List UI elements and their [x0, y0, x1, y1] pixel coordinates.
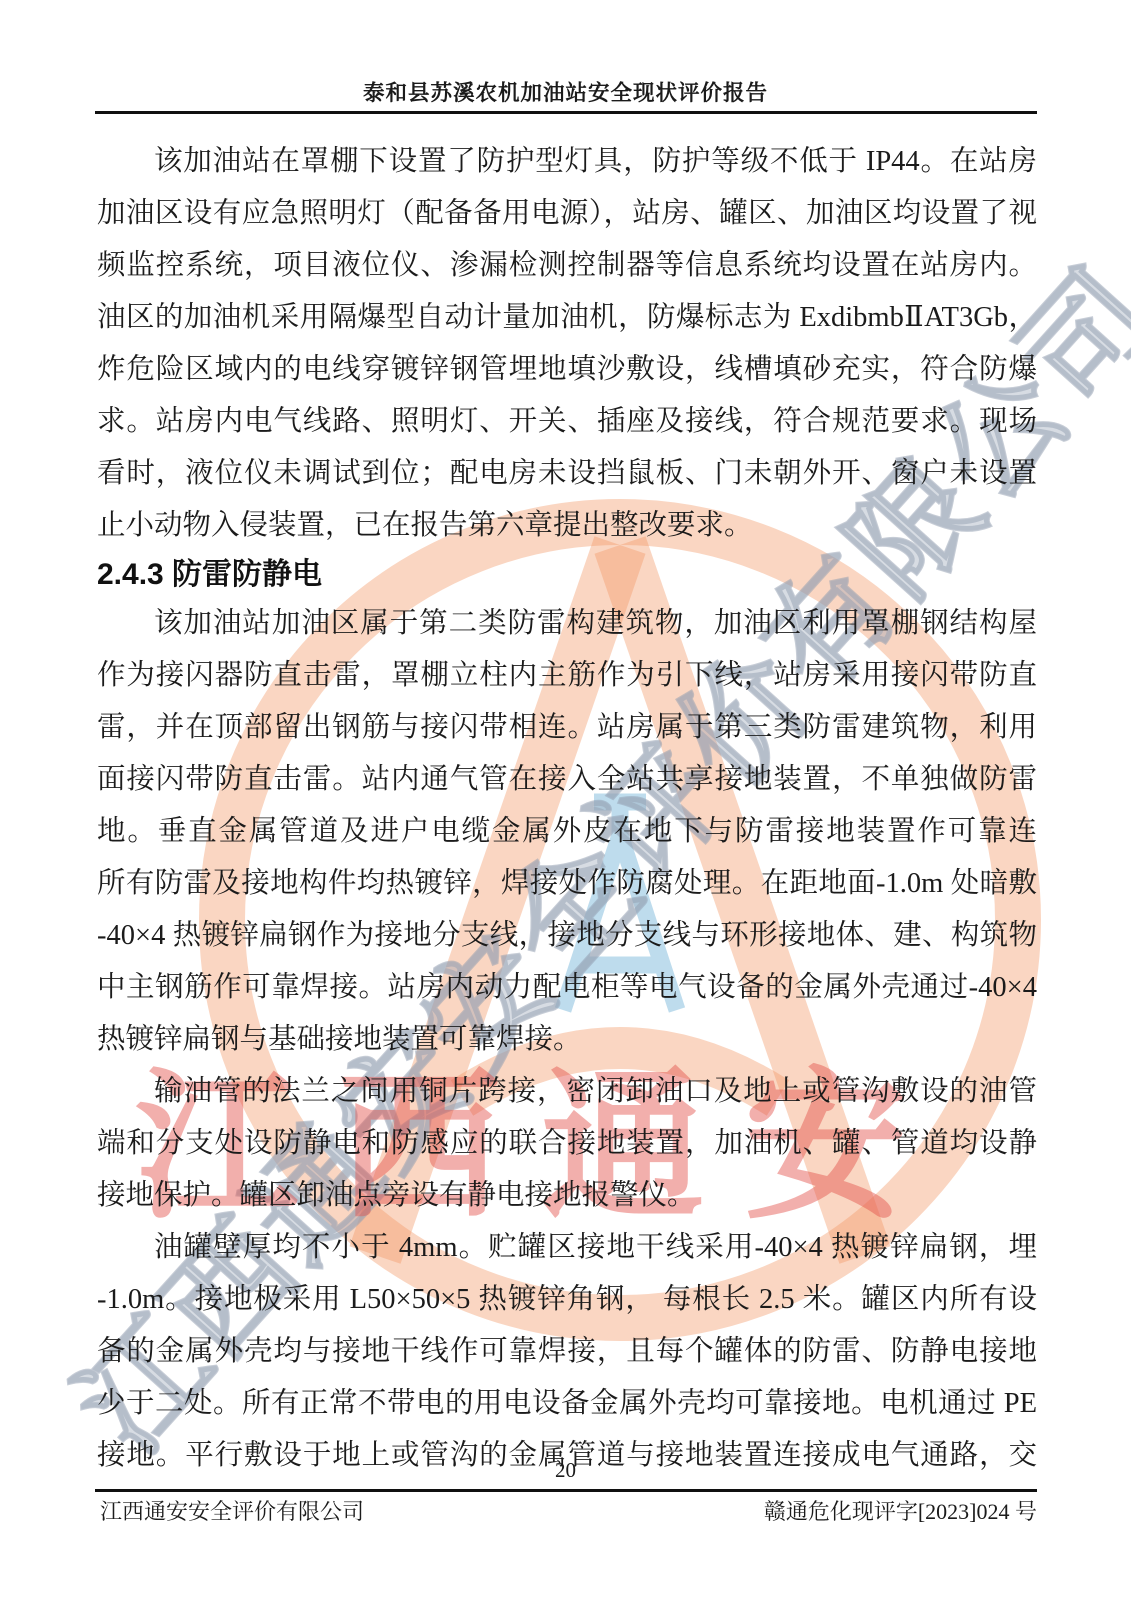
body-line: 炸危险区域内的电线穿镀锌钢管埋地填沙敷设，线槽填砂充实，符合防爆要: [97, 344, 1037, 396]
footer-company-name: 江西通安安全评价有限公司: [100, 1497, 364, 1527]
body-line: 止小动物入侵装置，已在报告第六章提出整改要求。: [97, 500, 1037, 552]
body-line: 油区的加油机采用隔爆型自动计量加油机，防爆标志为 ExdibmbⅡAT3Gb，爆: [97, 292, 1037, 344]
body-line: 频监控系统，项目液位仪、渗漏检测控制器等信息系统均设置在站房内。加: [97, 240, 1037, 292]
body-line: 地。垂直金属管道及进户电缆金属外皮在地下与防雷接地装置作可靠连接。: [97, 806, 1037, 858]
body-line: 加油区设有应急照明灯（配备备用电源），站房、罐区、加油区均设置了视: [97, 188, 1037, 240]
body-line: 该加油站在罩棚下设置了防护型灯具，防护等级不低于 IP44。在站房和: [97, 136, 1037, 188]
body-line: 该加油站加油区属于第二类防雷构建筑物，加油区利用罩棚钢结构屋顶: [97, 598, 1037, 650]
report-page: 江西通安安全评价有限公司 江西通安 泰和县苏溪农机加油站安全现状评价报告 该加油…: [0, 0, 1131, 1600]
body-line: 所有防雷及接地构件均热镀锌，焊接处作防腐处理。在距地面-1.0m 处暗敷设: [97, 858, 1037, 910]
footer-rule: [95, 1489, 1037, 1492]
body-line: 雷，并在顶部留出钢筋与接闪带相连。站房属于第三类防雷建筑物，利用屋: [97, 702, 1037, 754]
body-line: 中主钢筋作可靠焊接。站房内动力配电柜等电气设备的金属外壳通过-40×4: [97, 962, 1037, 1014]
body-line: 求。站房内电气线路、照明灯、开关、插座及接线，符合规范要求。现场查: [97, 396, 1037, 448]
document-header-title: 泰和县苏溪农机加油站安全现状评价报告: [0, 76, 1131, 107]
body-line: 接地保护。罐区卸油点旁设有静电接地报警仪。: [97, 1170, 1037, 1222]
paragraph-4: 油罐壁厚均不小于 4mm。贮罐区接地干线采用-40×4 热镀锌扁钢，埋 -1.0…: [97, 1222, 1037, 1482]
body-line: 输油管的法兰之间用铜片跨接，密闭卸油口及地上或管沟敷设的油管末: [97, 1066, 1037, 1118]
body-line: 作为接闪器防直击雷，罩棚立柱内主筋作为引下线，站房采用接闪带防直击: [97, 650, 1037, 702]
body-line: 少于二处。所有正常不带电的用电设备金属外壳均可靠接地。电机通过 PE 线: [97, 1378, 1037, 1430]
section-heading: 2.4.3 防雷防静电: [97, 549, 1037, 601]
body-line: 热镀锌扁钢与基础接地装置可靠焊接。: [97, 1014, 1037, 1066]
body-line: 看时，液位仪未调试到位；配电房未设挡鼠板、门未朝外开、窗户未设置防: [97, 448, 1037, 500]
body-line: 油罐壁厚均不小于 4mm。贮罐区接地干线采用-40×4 热镀锌扁钢，埋: [97, 1222, 1037, 1274]
footer-row: 江西通安安全评价有限公司 赣通危化现评字[2023]024 号: [100, 1497, 1037, 1527]
body-line: 备的金属外壳均与接地干线作可靠焊接，且每个罐体的防雷、防静电接地点不: [97, 1326, 1037, 1378]
header-rule: [95, 111, 1037, 114]
body-line: 面接闪带防直击雷。站内通气管在接入全站共享接地装置，不单独做防雷接: [97, 754, 1037, 806]
paragraph-2: 该加油站加油区属于第二类防雷构建筑物，加油区利用罩棚钢结构屋顶 作为接闪器防直击…: [97, 598, 1037, 1066]
footer-document-number: 赣通危化现评字[2023]024 号: [764, 1497, 1037, 1527]
body-line: -40×4 热镀锌扁钢作为接地分支线，接地分支线与环形接地体、建、构筑物基础: [97, 910, 1037, 962]
body-line: -1.0m。接地极采用 L50×50×5 热镀锌角钢， 每根长 2.5 米。罐区…: [97, 1274, 1037, 1326]
page-number: 20: [0, 1458, 1131, 1483]
body-line: 端和分支处设防静电和防感应的联合接地装置，加油机、罐、管道均设静电: [97, 1118, 1037, 1170]
paragraph-1: 该加油站在罩棚下设置了防护型灯具，防护等级不低于 IP44。在站房和 加油区设有…: [97, 136, 1037, 552]
paragraph-3: 输油管的法兰之间用铜片跨接，密闭卸油口及地上或管沟敷设的油管末 端和分支处设防静…: [97, 1066, 1037, 1222]
